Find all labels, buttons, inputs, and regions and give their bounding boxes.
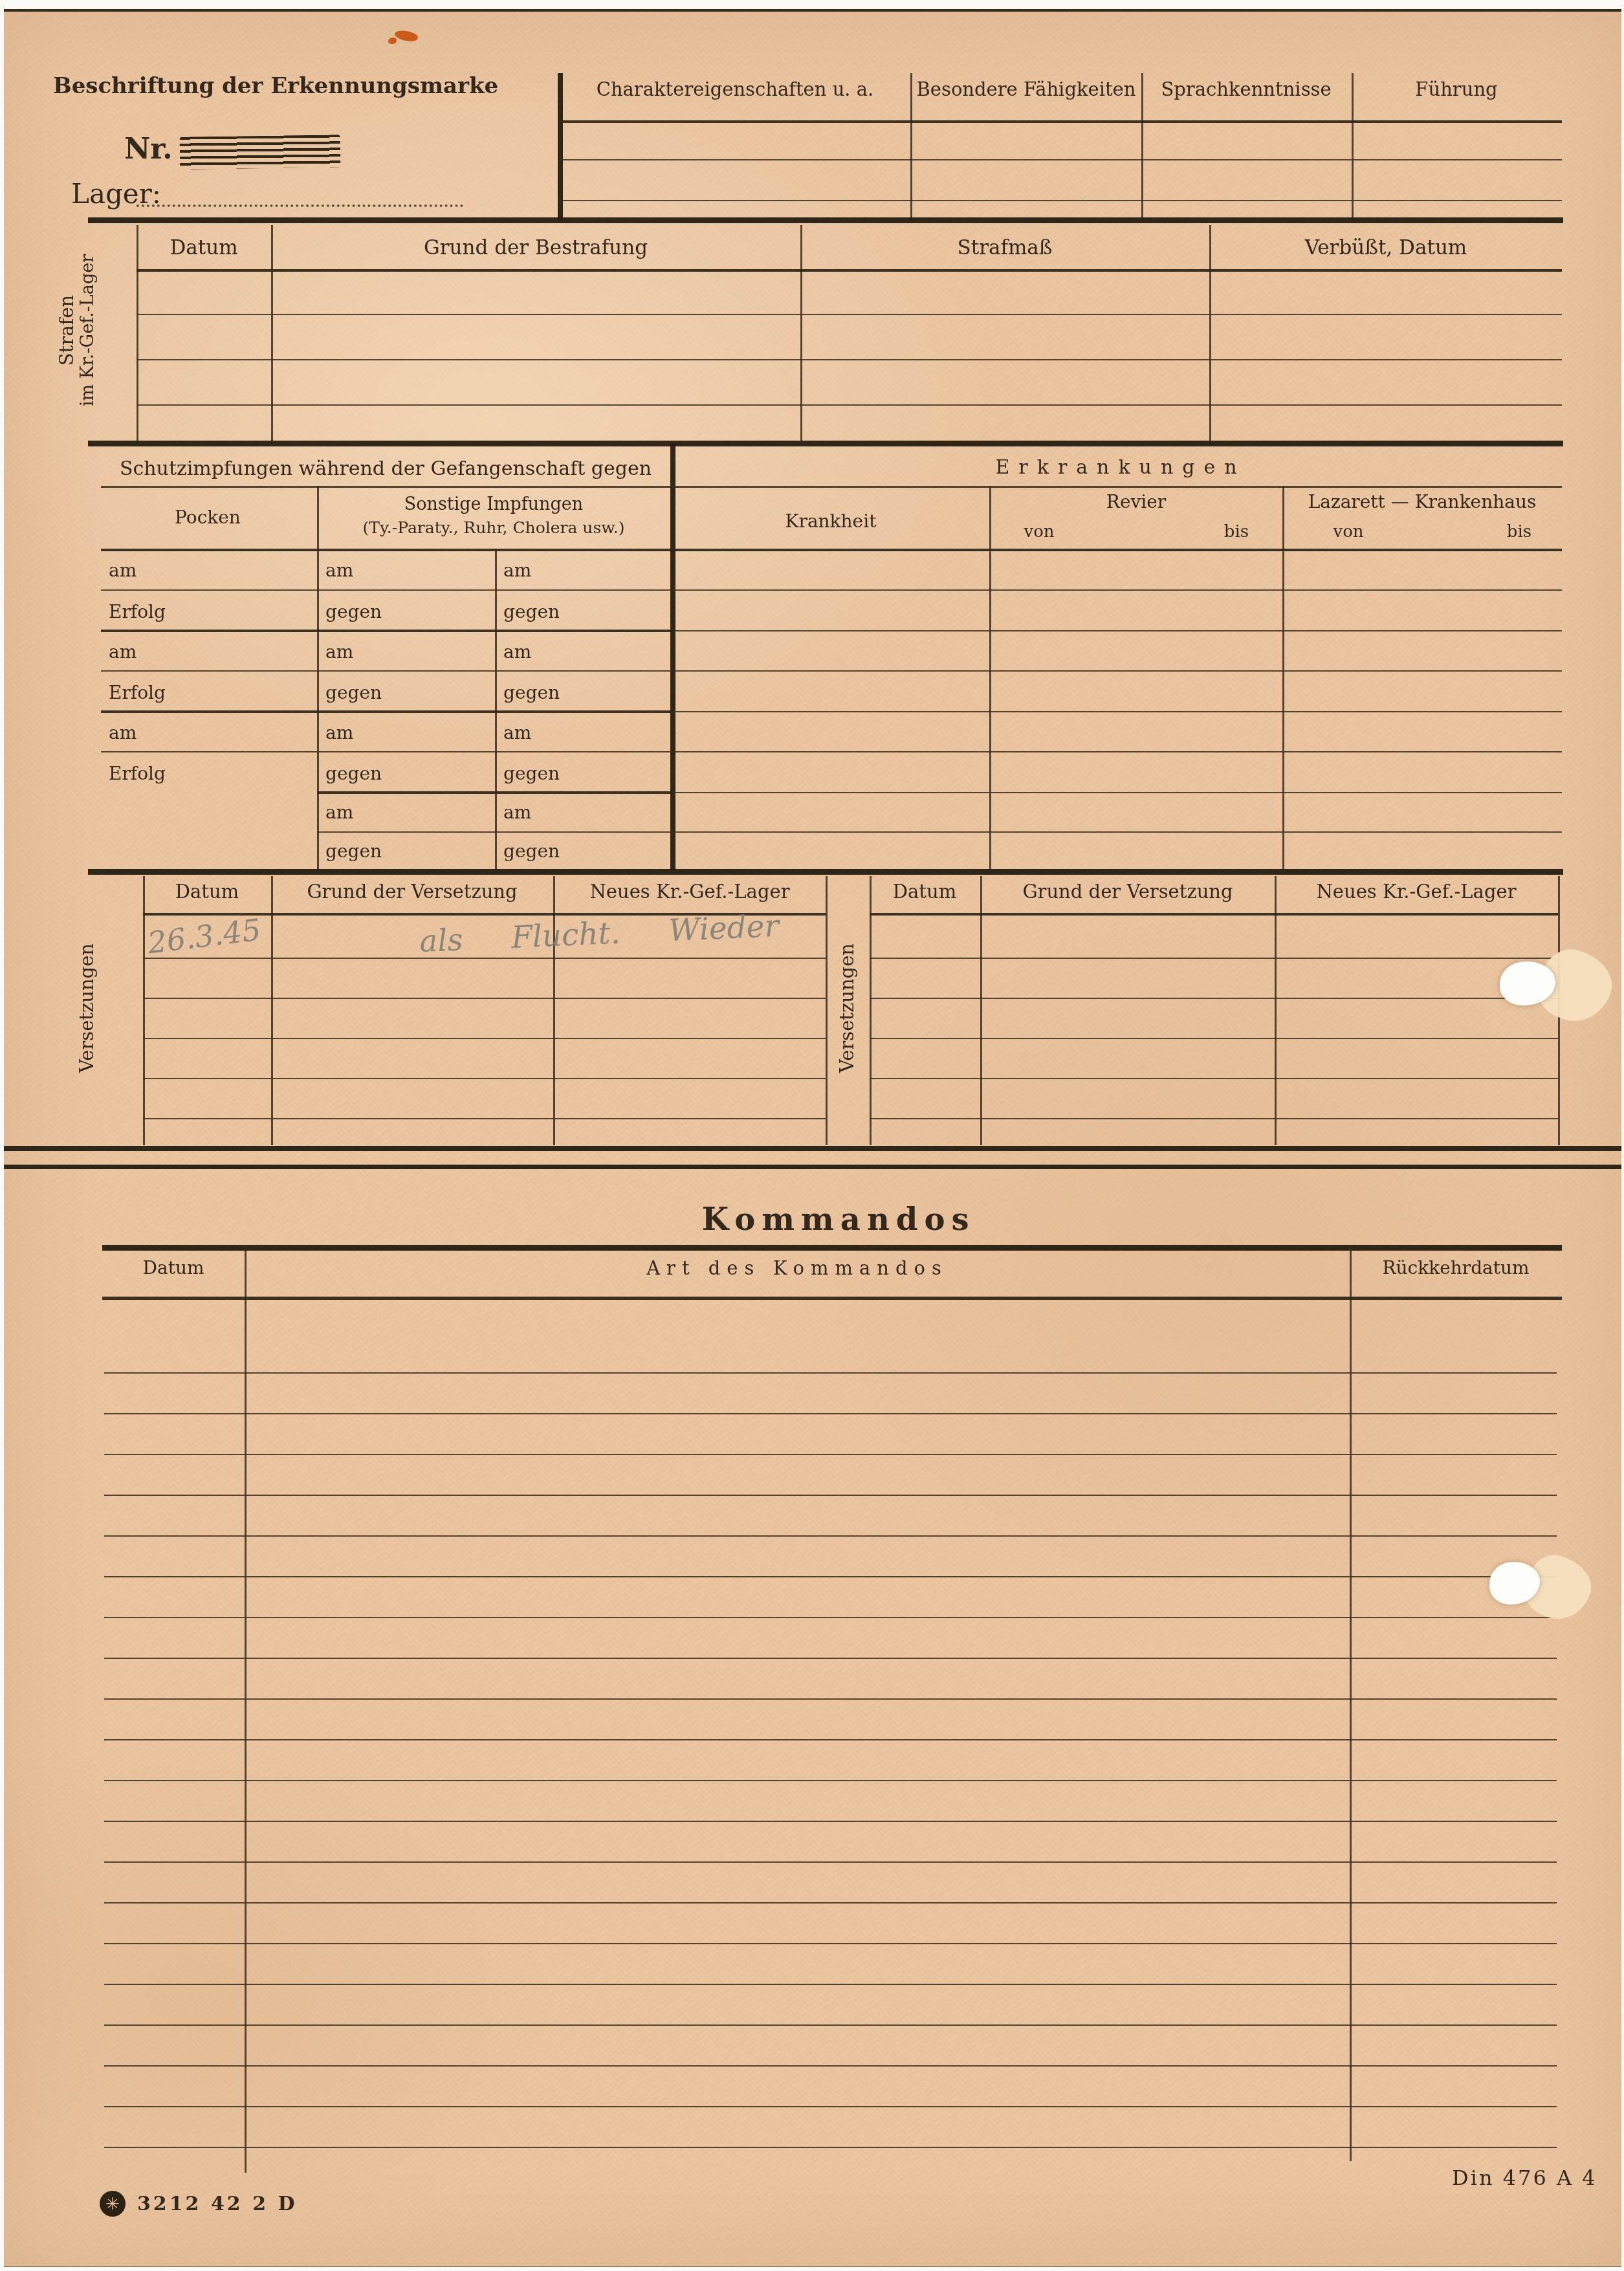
lager-dotted-line — [137, 179, 463, 207]
versetzungen2-header-datum: Datum — [893, 881, 956, 903]
kommandos-row-line — [104, 1617, 1557, 1618]
scanned-pow-card: Beschriftung der Erkennungsmarke Nr. Lag… — [0, 0, 1624, 2271]
erkrankungen-row-line — [673, 711, 1562, 712]
kommandos-row-line — [104, 1984, 1557, 1985]
versetzungen-divider — [553, 876, 555, 1145]
kommandos-row-line — [104, 1780, 1557, 1781]
pocken-cell: Erfolg — [109, 602, 166, 622]
traits-header-charakter: Charaktereigenschaften u. a. — [597, 79, 874, 100]
nr-value-scribble — [180, 135, 341, 169]
sonstige-a-cell: gegen — [325, 763, 382, 784]
traits-row-line — [560, 159, 1562, 160]
pocken-cell: am — [109, 723, 137, 743]
sonstige-b-cell: am — [503, 802, 531, 823]
lazarett-bis-label: bis — [1507, 523, 1531, 542]
impfungen-row-line — [101, 670, 1562, 672]
kommandos-row-line — [104, 1495, 1557, 1496]
versetzungen2-header-rule — [870, 913, 1558, 916]
orange-ink-mark — [394, 28, 419, 43]
traits-header-fuehrung: Führung — [1415, 79, 1497, 100]
kommandos-row-line — [104, 1413, 1557, 1414]
versetzungen-row-line — [143, 958, 826, 959]
impfungen-group-rule — [317, 791, 673, 794]
kommandos-row-line — [104, 1535, 1557, 1537]
krankheit-header: Krankheit — [785, 511, 877, 532]
erkrankungen-section-title: Erkrankungen — [995, 457, 1245, 479]
fold-rule-lower — [4, 1165, 1621, 1169]
kommandos-rueckkehr-divider — [1350, 1246, 1352, 2161]
versetzungen2-divider — [980, 876, 982, 1145]
strafen-header-datum: Datum — [170, 237, 237, 260]
pocken-cell: Erfolg — [109, 763, 166, 784]
versetzungen2-left-border — [870, 876, 872, 1145]
sonstige-header-line1: Sonstige Impfungen — [404, 494, 583, 514]
kommandos-row-line — [104, 1943, 1557, 1944]
kommandos-title: Kommandos — [702, 1202, 976, 1238]
strafen-header-strafmass: Strafmaß — [957, 237, 1052, 260]
sonstige-b-cell: gegen — [503, 602, 560, 622]
sonstige-a-cell: am — [325, 642, 353, 663]
impfungen-group-rule — [101, 630, 673, 632]
lazarett-von-label: von — [1333, 523, 1363, 542]
revier-header: Revier — [1106, 492, 1166, 512]
strafen-side-label: Strafen im Kr.-Gef.-Lager — [49, 234, 104, 428]
kommandos-header-rueckkehr: Rückkehrdatum — [1382, 1258, 1529, 1278]
strafen-row-line — [137, 359, 1562, 360]
versetzungen2-row-line — [870, 1118, 1558, 1119]
orange-ink-dot — [388, 38, 397, 44]
revier-lazarett-divider — [1282, 486, 1284, 870]
versetzungen2-divider — [1275, 876, 1277, 1145]
revier-von-label: von — [1024, 523, 1054, 542]
versetzungen2-row-line — [870, 1078, 1558, 1079]
versetzungen-header-neues: Neues Kr.-Gef.-Lager — [589, 881, 789, 903]
print-code: 3212 42 2 D — [137, 2193, 297, 2216]
kommandos-row-line — [104, 2065, 1557, 2067]
printer-mark-icon: ✳ — [100, 2191, 126, 2217]
kommandos-row-line — [104, 2024, 1557, 2026]
versetzungen-row-line — [143, 1078, 826, 1079]
erkrankungen-row-line — [673, 630, 1562, 631]
versetzungen-right-border — [826, 876, 828, 1145]
versetzungen-divider — [271, 876, 273, 1145]
kommandos-row-line — [104, 1861, 1557, 1863]
sonstige-a-cell: am — [325, 723, 353, 743]
strafen-row-line — [137, 404, 1562, 406]
sonstige-a-cell: gegen — [325, 683, 382, 703]
sonstige-b-cell: gegen — [503, 841, 560, 862]
sonstige-a-cell: gegen — [325, 841, 382, 862]
sonstige-a-cell: gegen — [325, 602, 382, 622]
traits-divider — [1141, 73, 1143, 220]
versetzungen-side-label-middle: Versetzungen — [834, 924, 860, 1092]
versetzungen2-row-line — [870, 998, 1558, 999]
sonstige-a-cell: am — [325, 560, 353, 581]
sonstige-a-cell: am — [325, 802, 353, 823]
kommandos-row-line — [104, 1576, 1557, 1577]
format-code: Din 476 A 4 — [1452, 2166, 1597, 2190]
kommandos-row-line — [104, 1372, 1557, 1374]
traits-header-faehigkeiten: Besondere Fähigkeiten — [917, 79, 1136, 100]
kommandos-row-line — [104, 1902, 1557, 1903]
versetzungen-row-line — [143, 1118, 826, 1119]
versetzungen-side-text: Versetzungen — [76, 943, 98, 1073]
erkennungsmarke-title: Beschriftung der Erkennungsmarke — [53, 74, 498, 99]
pocken-cell: am — [109, 560, 137, 581]
strafen-top-rule — [88, 217, 1563, 223]
traits-divider — [910, 73, 912, 220]
kommandos-row-line — [104, 2147, 1557, 2148]
kommandos-top-rule — [102, 1245, 1562, 1251]
kommandos-header-art: Art des Kommandos — [646, 1258, 948, 1279]
impfungen-header-rule — [101, 549, 1562, 551]
traits-divider — [1352, 73, 1354, 220]
kommandos-row-line — [104, 1821, 1557, 1822]
lazarett-header: Lazarett — Krankenhaus — [1308, 492, 1537, 512]
fold-rule-upper — [4, 1146, 1621, 1151]
pocken-header: Pocken — [175, 507, 241, 528]
pocken-sonstige-divider — [317, 486, 319, 870]
strafen-header-grund: Grund der Bestrafung — [424, 237, 648, 260]
kommandos-datum-divider — [245, 1246, 247, 2173]
sonstige-b-cell: am — [503, 560, 531, 581]
sonstige-header-line2: (Ty.-Paraty., Ruhr, Cholera usw.) — [363, 519, 625, 538]
handwritten-date: 26.3.45 — [146, 912, 263, 961]
traits-row-line — [560, 200, 1562, 201]
kommandos-row-line — [104, 1454, 1557, 1455]
kommandos-row-line — [104, 1658, 1557, 1659]
versetzungen-header-datum: Datum — [175, 881, 239, 903]
versetzungen-row-line — [143, 998, 826, 999]
impfungen-row-line — [101, 751, 1562, 752]
sonstige-b-cell: gegen — [503, 683, 560, 703]
versetzungen-left-border — [143, 876, 145, 1145]
erkrankungen-row-line — [673, 792, 1562, 793]
nr-label: Nr. — [124, 133, 173, 166]
kommandos-row-line — [104, 2106, 1557, 2107]
traits-header-rule — [560, 120, 1562, 123]
versetzungen2-row-line — [870, 1038, 1558, 1039]
strafen-divider — [800, 225, 802, 442]
impfungen-top-rule — [88, 441, 1563, 446]
versetzungen-side-text: Versetzungen — [836, 943, 858, 1073]
strafen-side-line1: Strafen — [56, 295, 78, 366]
impfungen-erkrankungen-divider — [670, 443, 675, 870]
strafen-side-line2: im Kr.-Gef.-Lager — [78, 254, 98, 406]
krankheit-revier-divider — [989, 486, 991, 870]
traits-header-sprachen: Sprachkenntnisse — [1161, 79, 1331, 100]
sonstige-b-cell: gegen — [503, 763, 560, 784]
pocken-cell: am — [109, 642, 137, 663]
versetzungen-side-label-left: Versetzungen — [74, 924, 100, 1092]
strafen-divider — [271, 225, 273, 442]
impfungen-row-line — [101, 589, 1562, 591]
kommandos-header-datum: Datum — [143, 1258, 204, 1278]
versetzungen2-header-neues: Neues Kr.-Gef.-Lager — [1316, 881, 1516, 903]
kommandos-header-rule — [102, 1297, 1562, 1300]
kommandos-row-line — [104, 1698, 1557, 1700]
strafen-left-border — [137, 225, 138, 442]
impfungen-subheader-rule — [101, 486, 1562, 488]
strafen-divider — [1209, 225, 1211, 442]
sonstige-b-cell: am — [503, 723, 531, 743]
versetzungen2-row-line — [870, 958, 1558, 959]
card-paper: Beschriftung der Erkennungsmarke Nr. Lag… — [4, 9, 1621, 2267]
impfungen-section-title: Schutzimpfungen während der Gefangenscha… — [120, 458, 652, 481]
versetzungen-header-grund: Grund der Versetzung — [307, 881, 517, 903]
versetzungen-top-rule — [88, 869, 1563, 875]
pocken-cell: Erfolg — [109, 683, 166, 703]
handwritten-note: als Flucht. Wieder — [419, 908, 780, 960]
traits-left-border — [558, 73, 563, 220]
versetzungen2-header-grund: Grund der Versetzung — [1022, 881, 1233, 903]
strafen-header-verbuesst: Verbüßt, Datum — [1305, 237, 1467, 260]
impfungen-group-rule — [101, 710, 673, 713]
kommandos-row-line — [104, 1739, 1557, 1740]
sonstige-b-cell: am — [503, 642, 531, 663]
strafen-header-rule — [137, 269, 1562, 272]
revier-bis-label: bis — [1224, 523, 1249, 542]
versetzungen-row-line — [143, 1038, 826, 1039]
strafen-row-line — [137, 314, 1562, 315]
impfungen-row-line — [317, 831, 1562, 833]
